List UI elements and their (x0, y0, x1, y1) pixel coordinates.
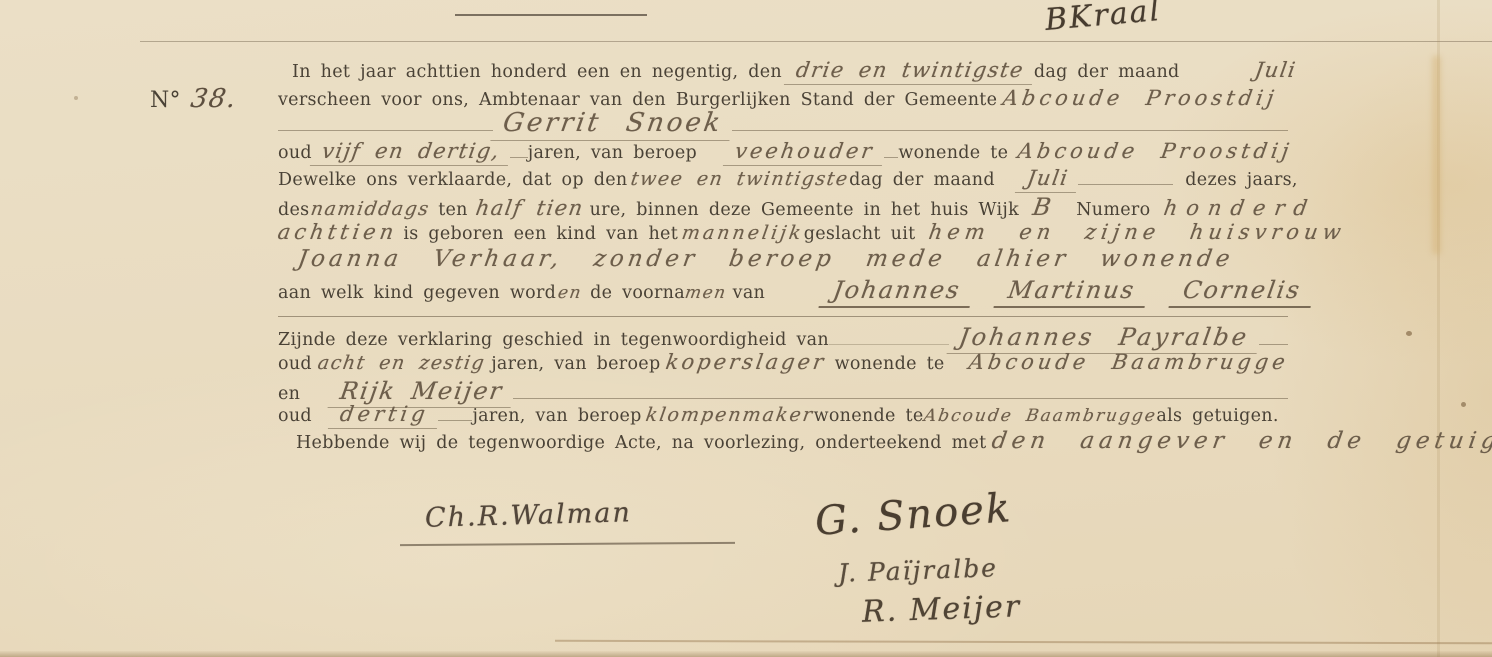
act-line-municipality: verscheen voor ons, Ambtenaar van den Bu… (278, 86, 1288, 110)
printed-text: de voorna (590, 283, 685, 303)
handwritten-signers: den aangever en de getuigen (990, 428, 1492, 454)
ruled-line (829, 328, 949, 345)
printed-text: ure, binnen deze Gemeente in het huis Wi… (590, 200, 1019, 220)
ruled-line (1259, 328, 1288, 345)
act-line-closing: Hebbende wij de tegenwoordige Acte, na v… (296, 428, 1436, 454)
handwritten-suffix-en: en (557, 283, 584, 303)
act-line-child-sex-parents: achttien is geboren een kind van het man… (278, 220, 1406, 244)
handwritten-witness1-occupation: koperslager (665, 350, 829, 374)
blank-ruled-line (278, 316, 1288, 317)
handwritten-witness2-occupation: klompenmaker (644, 404, 815, 426)
paper-speck (74, 96, 78, 100)
paper-speck (1406, 331, 1412, 336)
document-scan: BKraal N° 38. In het jaar achttien honde… (0, 0, 1492, 657)
handwritten-month: Juli (1253, 58, 1298, 82)
handwritten-given-name-1: Johannes (819, 276, 975, 308)
printed-text: oud (278, 406, 312, 426)
handwritten-wijk-letter: B (1031, 193, 1055, 221)
printed-text: des (278, 200, 309, 220)
handwritten-witness2-residence: Abcoude Baambrugge (922, 406, 1158, 426)
ruled-line (732, 114, 1288, 131)
handwritten-mother: Joanna Verhaar, zonder beroep mede alhie… (296, 246, 1236, 272)
printed-text: wonende te (835, 354, 945, 374)
act-line-witness1-details: oud acht en zestig jaren, van beroep kop… (278, 350, 1426, 374)
handwritten-age: vijf en dertig, (310, 139, 512, 166)
handwritten-daypart: namiddags (310, 198, 432, 220)
printed-text: jaren, van beroep (472, 406, 641, 426)
printed-text: jaren, van beroep (528, 143, 697, 163)
previous-record-signature: BKraal (1044, 0, 1163, 38)
handwritten-declarant-name: Gerrit Snoek (490, 108, 735, 141)
handwritten-sex: mannelijk (680, 222, 805, 244)
page-bottom-edge (0, 651, 1492, 657)
printed-text: ten (438, 200, 468, 220)
ruled-line (510, 141, 528, 158)
printed-text: dag der maand (849, 170, 995, 190)
record-number: N° 38. (150, 84, 237, 114)
handwritten-witness2-age: dertig (328, 402, 441, 429)
previous-record-underline (455, 14, 647, 16)
handwritten-parents: hem en zijne huisvrouw (928, 220, 1348, 244)
handwritten-municipality: Abcoude Proostdij (1001, 86, 1279, 110)
act-line-date: In het jaar achttien honderd een en nege… (278, 58, 1378, 85)
ruled-line (278, 114, 493, 131)
printed-text: en (278, 384, 300, 404)
handwritten-suffix-men: men (683, 283, 728, 303)
handwritten-residence: Abcoude Proostdij (1016, 139, 1294, 163)
handwritten-occupation: veehouder (723, 139, 887, 166)
ruled-line (884, 141, 898, 158)
signature-registrar-underline (400, 542, 735, 546)
printed-text: Numero (1076, 200, 1150, 220)
bottom-crease (555, 640, 1492, 644)
act-line-birth-time-house: des namiddags ten half tien ure, binnen … (278, 193, 1398, 221)
printed-text: Dewelke ons verklaarde, dat op den (278, 170, 627, 190)
handwritten-birth-month: Juli (1015, 166, 1081, 193)
printed-text: oud (278, 143, 312, 163)
signature-declarant: G. Snoek (814, 485, 1014, 545)
ruled-line (513, 382, 1288, 399)
printed-text: In het jaar achttien honderd een en nege… (292, 62, 782, 82)
printed-text: geslacht uit (804, 224, 916, 244)
act-line-mother: Joanna Verhaar, zonder beroep mede alhie… (298, 246, 1288, 272)
ruled-line (1078, 168, 1173, 185)
act-line-declarant-name: Gerrit Snoek (278, 108, 1288, 141)
printed-text: dag der maand (1034, 62, 1180, 82)
printed-text: wonende te (898, 143, 1008, 163)
printed-text: oud (278, 354, 312, 374)
printed-text: Hebbende wij de tegenwoordige Acte, na v… (296, 433, 986, 453)
signature-witness1: J. Païjralbe (838, 553, 999, 588)
handwritten-house-number-2: achttien (276, 220, 399, 244)
handwritten-house-number-1: honderd (1163, 196, 1319, 220)
act-line-child-names: aan welk kind gegeven word en de voorna … (278, 276, 1288, 308)
paper-speck (1461, 402, 1466, 407)
printed-text: wonende te (814, 406, 924, 426)
printed-text: is geboren een kind van het (403, 224, 678, 244)
act-line-witness2-details: oud dertig jaren, van beroep klompenmake… (278, 402, 1308, 429)
handwritten-hour: half tien (474, 196, 586, 220)
printed-text: als getuigen. (1156, 406, 1278, 426)
printed-text: van (733, 283, 766, 303)
handwritten-given-name-2: Martinus (994, 276, 1150, 308)
act-line-declarant-details: oud vijf en dertig, jaren, van beroep ve… (278, 139, 1406, 166)
ruled-line (438, 404, 472, 421)
printed-text: verscheen voor ons, Ambtenaar van den Bu… (278, 90, 997, 110)
handwritten-given-name-3: Cornelis (1169, 276, 1316, 308)
signature-witness2: R. Meijer (861, 589, 1021, 630)
record-number-value: 38. (188, 84, 239, 114)
printed-text: aan welk kind gegeven word (278, 283, 556, 303)
record-divider-rule (140, 41, 1492, 42)
act-line-birth-date: Dewelke ons verklaarde, dat op den twee … (278, 166, 1308, 193)
handwritten-birth-day: twee en twintigste (630, 168, 851, 190)
printed-text: Zijnde deze verklaring geschied in tegen… (278, 330, 829, 350)
handwritten-witness1-age: acht en zestig (316, 352, 487, 374)
fold-stain (1432, 55, 1441, 255)
handwritten-day: drie en twintigste (784, 58, 1036, 85)
record-number-label: N° (150, 88, 181, 113)
printed-text: dezes jaars, (1185, 170, 1297, 190)
handwritten-witness1-residence: Abcoude Baambrugge (967, 350, 1291, 374)
printed-text: jaren, van beroep (491, 354, 660, 374)
signature-registrar: Ch.R.Walman (425, 497, 633, 533)
